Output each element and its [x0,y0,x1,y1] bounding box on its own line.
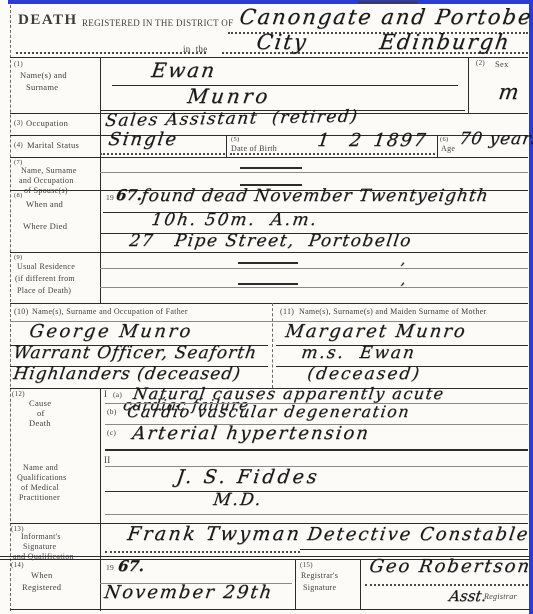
cause-b-entry: Cardio vascular degeneration [126,402,411,421]
spouse-faint-rule [100,172,528,173]
name-field-label-2: Surname [26,82,58,92]
informant-field-label-1: Informant's [21,532,61,541]
burgh-entry: Edinburgh [378,30,512,54]
registrar-title-printed: Registrar [484,592,517,601]
first-name-rule [112,85,458,86]
cause-field-number: (12) [12,390,25,398]
dob-field-number: (5) [231,136,239,143]
informant-qualification-rule [300,549,528,550]
registrar-prefix-entry: Asst. [448,587,488,605]
practitioner-label-4: Practitioner [19,493,60,502]
sex-field-number: (2) [476,59,485,67]
registrar-field-label-2: Signature [303,583,336,592]
surname-entry: Munro [186,84,272,108]
scan-edge-right [529,0,533,614]
registered-date-entry: November 29th [103,582,275,603]
practitioner-label-3: of Medical [21,483,59,492]
registrar-signature-divider [360,559,361,610]
registered-in-district-label: REGISTERED IN THE DISTRICT OF [82,18,233,28]
sex-entry: m [497,80,520,104]
spouse-field-label-1: Name, Surname [21,166,76,175]
row2-bottom-border [10,135,528,136]
informant-signature-entry: Frank Twyman [126,523,303,545]
mother-field-label: Name(s), Surname(s) and Maiden Surname o… [299,307,486,316]
practitioner-qualification-entry: M.D. [212,490,264,510]
cause-roman-one: I [104,389,107,399]
cause-roman-two: II [104,455,111,465]
occupation-field-number: (3) [14,119,23,127]
cause-field-label-1: Cause [29,398,51,408]
parents-center-divider [272,303,273,388]
table-top-border [10,57,528,58]
name-field-number: (1) [14,60,23,68]
first-name-entry: Ewan [150,58,218,82]
died-field-label-2: Where Died [23,221,67,231]
informant-signature-dotted [105,551,300,553]
scan-edge-top [8,0,533,4]
registrar-field-label-1: Registrar's [301,571,338,580]
father-name-entry: George Munro [28,321,194,342]
informant-field-label-2: Signature [23,542,56,551]
died-year-printed: 19 [106,193,114,202]
residence-tick-1: , [400,252,407,268]
father-field-number: (10) [14,307,29,316]
city-entry: City [255,30,309,54]
table-bottom-border [10,609,530,610]
registrar-signature-entry: Geo Robertson [368,556,533,577]
marital-field-label: Marital Status [27,140,79,150]
registered-field-number: (14) [11,561,24,569]
dob-year-entry: 1897 [372,130,429,151]
residence-field-label-3: Place of Death) [17,286,71,295]
died-date-entry: found dead November Twentyeighth [140,186,490,206]
cause-rule-c [105,449,528,451]
district-entry: Canongate and Portobello [238,5,533,29]
residence-blank-dash-2 [238,283,298,285]
mother-name-entry: Margaret Munro [284,321,468,342]
registrar-label-divider [295,559,296,610]
cause-c-marker: (c) [107,428,116,437]
cause-a-marker: (a) [113,390,122,399]
practitioner-name-entry: J. S. Fiddes [175,466,321,488]
marital-dotted-rule [100,153,225,155]
spouse-field-number: (7) [14,159,22,166]
dob-cell-divider [226,135,227,157]
mother-field-number: (11) [280,307,294,316]
cause-b-marker: (b) [107,407,117,416]
mother-maiden-entry: m.s. Ewan [300,343,417,363]
marital-field-number: (4) [14,141,23,149]
dob-field-label: Date of Birth [231,144,277,153]
scan-artifact [358,1,418,4]
label-column-divider-lower [100,388,101,611]
age-entry: 70 years [458,129,533,149]
age-cell-divider [437,135,438,157]
sex-field-label: Sex [495,59,509,69]
row3-bottom-border [10,157,528,158]
header-dotted-line-left [16,52,206,54]
sex-cell-divider [468,57,469,113]
practitioner-rule-mid [105,491,528,492]
died-year-entry: 67. [115,186,144,204]
cause-field-label-2: of [37,408,45,418]
father-field-label: Name(s), Surname and Occupation of Fathe… [32,307,188,316]
cause-c-entry: Arterial hypertension [131,423,371,444]
occupation-entry: Sales Assistant (retired) [104,107,360,131]
spouse-blank-dash-1 [240,167,302,169]
age-field-number: (6) [440,136,448,143]
died-field-number: (8) [14,192,22,199]
occupation-field-label: Occupation [26,118,68,128]
cause-field-label-3: Death [29,418,51,428]
label-column-divider-upper [100,57,101,303]
registrar-field-number: (15) [300,561,313,569]
age-field-label: Age [441,144,455,153]
practitioner-label-2: Qualifications [17,473,67,482]
residence-faint-rule-1 [100,268,528,269]
dob-dotted-rule [230,153,435,155]
mother-deceased-entry: (deceased) [306,364,422,384]
residence-blank-dash-1 [238,262,298,264]
left-form-border [10,5,11,611]
registrar-signature-dotted [365,584,528,586]
residence-field-label-1: Usual Residence [17,262,75,271]
name-field-label-1: Name(s) and [20,70,67,80]
died-field-label-1: When and [26,199,63,209]
form-title: DEATH [18,12,78,29]
marital-status-entry: Single [107,129,180,150]
informant-qualification-entry: Detective Constable [306,524,531,545]
row5-bottom-border [10,252,528,253]
row6-bottom-border [10,303,528,304]
registered-year-printed: 19 [106,563,114,572]
spouse-field-label-2: and Occupation [19,176,74,185]
father-regiment-entry: Highlanders (deceased) [12,364,242,384]
in-the-label: in the [183,44,208,54]
practitioner-rule-bottom [105,514,528,515]
dob-day-entry: 1 [316,130,330,151]
residence-field-label-2: (if different from [15,274,75,283]
died-place-entry: 27 Pipe Street, Portobello [128,231,413,251]
residence-faint-rule-2 [100,287,528,288]
died-time-entry: 10h. 50m. A.m. [150,210,319,230]
residence-tick-2: , [400,272,407,288]
registered-field-label-2: Registered [22,582,61,592]
residence-field-number: (9) [14,254,22,261]
registered-year-entry: 67. [117,557,146,575]
death-certificate-scan: DEATH REGISTERED IN THE DISTRICT OF Cano… [0,0,533,614]
practitioner-label-1: Name and [23,463,58,472]
registered-field-label-1: When [31,570,53,580]
dob-month-entry: 2 [348,130,362,151]
father-occupation-entry: Warrant Officer, Seaforth [12,343,258,363]
